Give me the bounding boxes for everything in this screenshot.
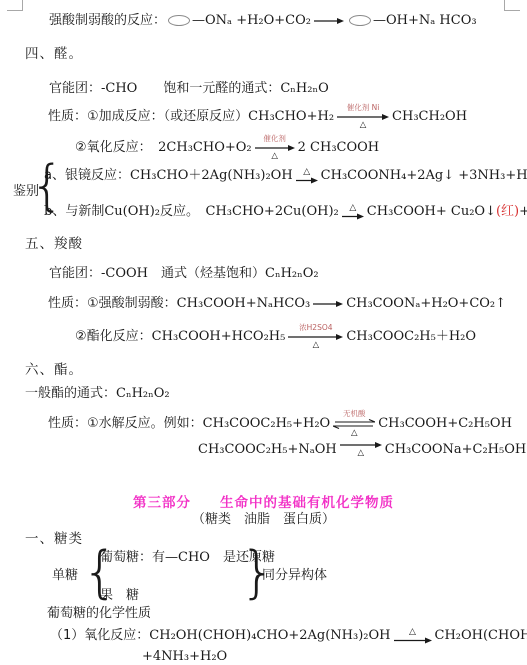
ester-naoh-reaction: CH₃COOC₂H₅+NₐOH △ CH₃COONa+C₂H₅OH [198,441,526,459]
formula-rhs: CH₃COOH+C₂H₅OH [378,416,512,432]
heading-text: 四、醛。 [25,46,83,62]
reaction-line-phenol: 强酸制弱酸的反应： —ONₐ +H₂O+CO₂ —OH+Nₐ HCO₃ [49,13,477,29]
glucose-properties-heading: 葡萄糖的化学性质 [47,606,151,622]
arrow-bottom-label: △ [271,152,278,162]
general-formula-text: 一般酯的通式：CₙH₂ₙO₂ [25,386,170,402]
glucose-oxidation-reaction: （1）氧化反应： CH₂OH(CHOH)₄CHO+2Ag(NH₃)₂OH △ C… [50,627,527,644]
formula-lhs: CH₂OH(CHOH)₄CHO+2Ag(NH₃)₂OH [149,628,390,644]
formula-lhs: CH₃CHO+H₂ [248,109,334,125]
esterification-reaction: ②酯化反应： CH₃COOH+HCO₂H₅ 浓H2SO4 △ CH₃COOC₂H… [75,324,476,350]
reaction-arrow-icon [313,300,343,308]
isomer-text: 同分异构体 [262,568,327,584]
formula-lhs: CH₃COOC₂H₅+H₂O [203,416,331,432]
benzene-ring-icon [168,15,190,26]
aldehyde-general-formula: 官能团：-CHO 饱和一元醛的通式：CₙH₂ₙO [49,81,329,97]
formula-rhs: CH₃COONH₄+2Ag↓ +3NH₃+H₂O(水浴加热) [321,168,527,184]
arrow-top-label: △ [409,627,416,637]
arrow-top-label: 催化剂 [263,135,286,144]
formula-rhs: CH₂OH(CHOH)₄COH+2Ag↓ [435,628,527,644]
heading-text: 六、酯。 [25,362,83,378]
benzene-ring-icon [349,15,371,26]
section-heading-aldehyde: 四、醛。 [25,46,83,62]
reaction-label: a、银镜反应： [44,168,130,184]
arrow-bottom-label: △ [357,449,364,459]
reaction-arrow-icon: △ [296,167,318,184]
formula-lhs: CH₃COOH+NₐHCO₃ [177,296,311,312]
arrow-bottom-label: △ [313,341,320,351]
formula-rhs: CH₃COOH+ Cu₂O↓ [367,204,496,220]
formula-rhs: CH₃COONₐ+H₂O+CO₂↑ [346,296,506,312]
part3-subtitle-text: （糖类 油脂 蛋白质） [192,512,335,528]
formula-continuation: +4NH₃+H₂O [142,649,227,665]
reaction-label: ②酯化反应： [75,329,152,345]
reaction-arrow-icon: 浓H2SO4 △ [288,324,343,350]
aldehyde-addition-reaction: 性质：①加成反应：（或还原反应） CH₃CHO+H₂ 催化剂 Ni △ CH₃C… [48,104,467,130]
section-heading-ester: 六、酯。 [25,362,83,378]
mono-label-text: 单糖 [52,568,78,584]
arrow-bottom-label: △ [351,429,358,439]
heading-text: 一、糖类 [25,531,83,547]
formula-rhs: —OH+Nₐ HCO₃ [373,13,477,29]
reaction-label: b、与新制Cu(OH)₂反应。 [44,204,206,220]
reaction-label: （1）氧化反应： [50,628,149,644]
reaction-arrow-icon: 催化剂 △ [255,135,295,161]
arrow-top-label: 催化剂 Ni [347,104,380,113]
ester-hydrolysis-reaction: 性质：①水解反应。例如： CH₃COOC₂H₅+H₂O 无机酸 △ CH₃COO… [48,410,512,438]
arrow-top-label: △ [349,203,356,213]
mono-item-fructose: 果 糖 [100,588,139,604]
cuoh2-reaction: b、与新制Cu(OH)₂反应。 CH₃CHO+2Cu(OH)₂ △ CH₃COO… [44,203,527,220]
formula-lhs: 2CH₃CHO+O₂ [158,140,251,156]
reaction-arrow-icon [314,17,344,25]
reaction-arrow-icon: 催化剂 Ni △ [337,104,389,130]
reaction-arrow-icon: △ [394,627,432,644]
formula-lhs: CH₃COOC₂H₅+NₐOH [198,442,337,458]
reversible-arrow-icon: 无机酸 △ [333,410,375,438]
page-corner-mark-right [504,0,520,11]
carboxylic-general-formula: 官能团：-COOH 通式（烃基饱和）CₙH₂ₙO₂ [49,266,319,282]
formula-rhs: 2 CH₃COOH [298,140,380,156]
reaction-label: ②氧化反应： [75,140,158,156]
reaction-label: 性质：①加成反应：（或还原反应） [48,109,248,125]
document-page: 强酸制弱酸的反应： —ONₐ +H₂O+CO₂ —OH+Nₐ HCO₃ 四、醛。… [0,0,527,665]
part3-title: 第三部分 生命中的基础有机化学物质 [0,495,527,511]
formula-lhs: CH₃CHO+2Cu(OH)₂ [206,204,339,220]
reaction-label: 强酸制弱酸的反应： [49,13,166,29]
glucose-oxidation-continuation: +4NH₃+H₂O [142,649,227,665]
section-heading-carboxylic: 五、羧酸 [25,236,83,252]
formula-lhs: —ONₐ +H₂O+CO₂ [192,13,311,29]
ester-general-formula: 一般酯的通式：CₙH₂ₙO₂ [25,386,170,402]
reaction-label: 性质：①强酸制弱酸： [48,296,177,312]
carboxylic-acid-reaction: 性质：①强酸制弱酸： CH₃COOH+NₐHCO₃ CH₃COONₐ+H₂O+C… [48,296,506,312]
formula-rhs: CH₃CH₂OH [392,109,467,125]
glucose-heading-text: 葡萄糖的化学性质 [47,606,151,622]
formula-lhs: CH₃CHO＋2Ag(NH₃)₂OH [130,168,293,184]
reaction-arrow-icon: △ [340,441,382,459]
reaction-arrow-icon: △ [342,203,364,220]
aldehyde-oxidation-reaction: ②氧化反应： 2CH₃CHO+O₂ 催化剂 △ 2 CH₃COOH [75,135,379,161]
part3-title-text: 第三部分 生命中的基础有机化学物质 [133,495,394,511]
arrow-top-label: 无机酸 [343,410,366,419]
monosaccharide-label: 单糖 [52,568,78,584]
reaction-label: 性质：①水解反应。例如： [48,416,203,432]
section-heading-sugar: 一、糖类 [25,531,83,547]
arrow-top-label: 浓H2SO4 [299,324,332,333]
arrow-top-label: △ [303,167,310,177]
arrow-bottom-label: △ [360,121,367,131]
page-corner-mark-left [7,0,23,11]
formula-lhs: CH₃COOH+HCO₂H₅ [152,329,286,345]
silver-mirror-reaction: a、银镜反应： CH₃CHO＋2Ag(NH₃)₂OH △ CH₃COONH₄+2… [44,167,527,184]
general-formula-text: 官能团：-CHO 饱和一元醛的通式：CₙH₂ₙO [49,81,329,97]
formula-rhs: CH₃COOC₂H₅＋H₂O [346,329,476,345]
red-precipitate-note: (红) [496,204,519,220]
heading-text: 五、羧酸 [25,236,83,252]
isomer-label: 同分异构体 [262,568,327,584]
formula-rhs-cont: +2H₂O [519,204,527,220]
general-formula-text: 官能团：-COOH 通式（烃基饱和）CₙH₂ₙO₂ [49,266,319,282]
part3-subtitle: （糖类 油脂 蛋白质） [0,512,527,528]
formula-rhs: CH₃COONa+C₂H₅OH [385,442,526,458]
mono-item-text: 果 糖 [100,588,139,604]
